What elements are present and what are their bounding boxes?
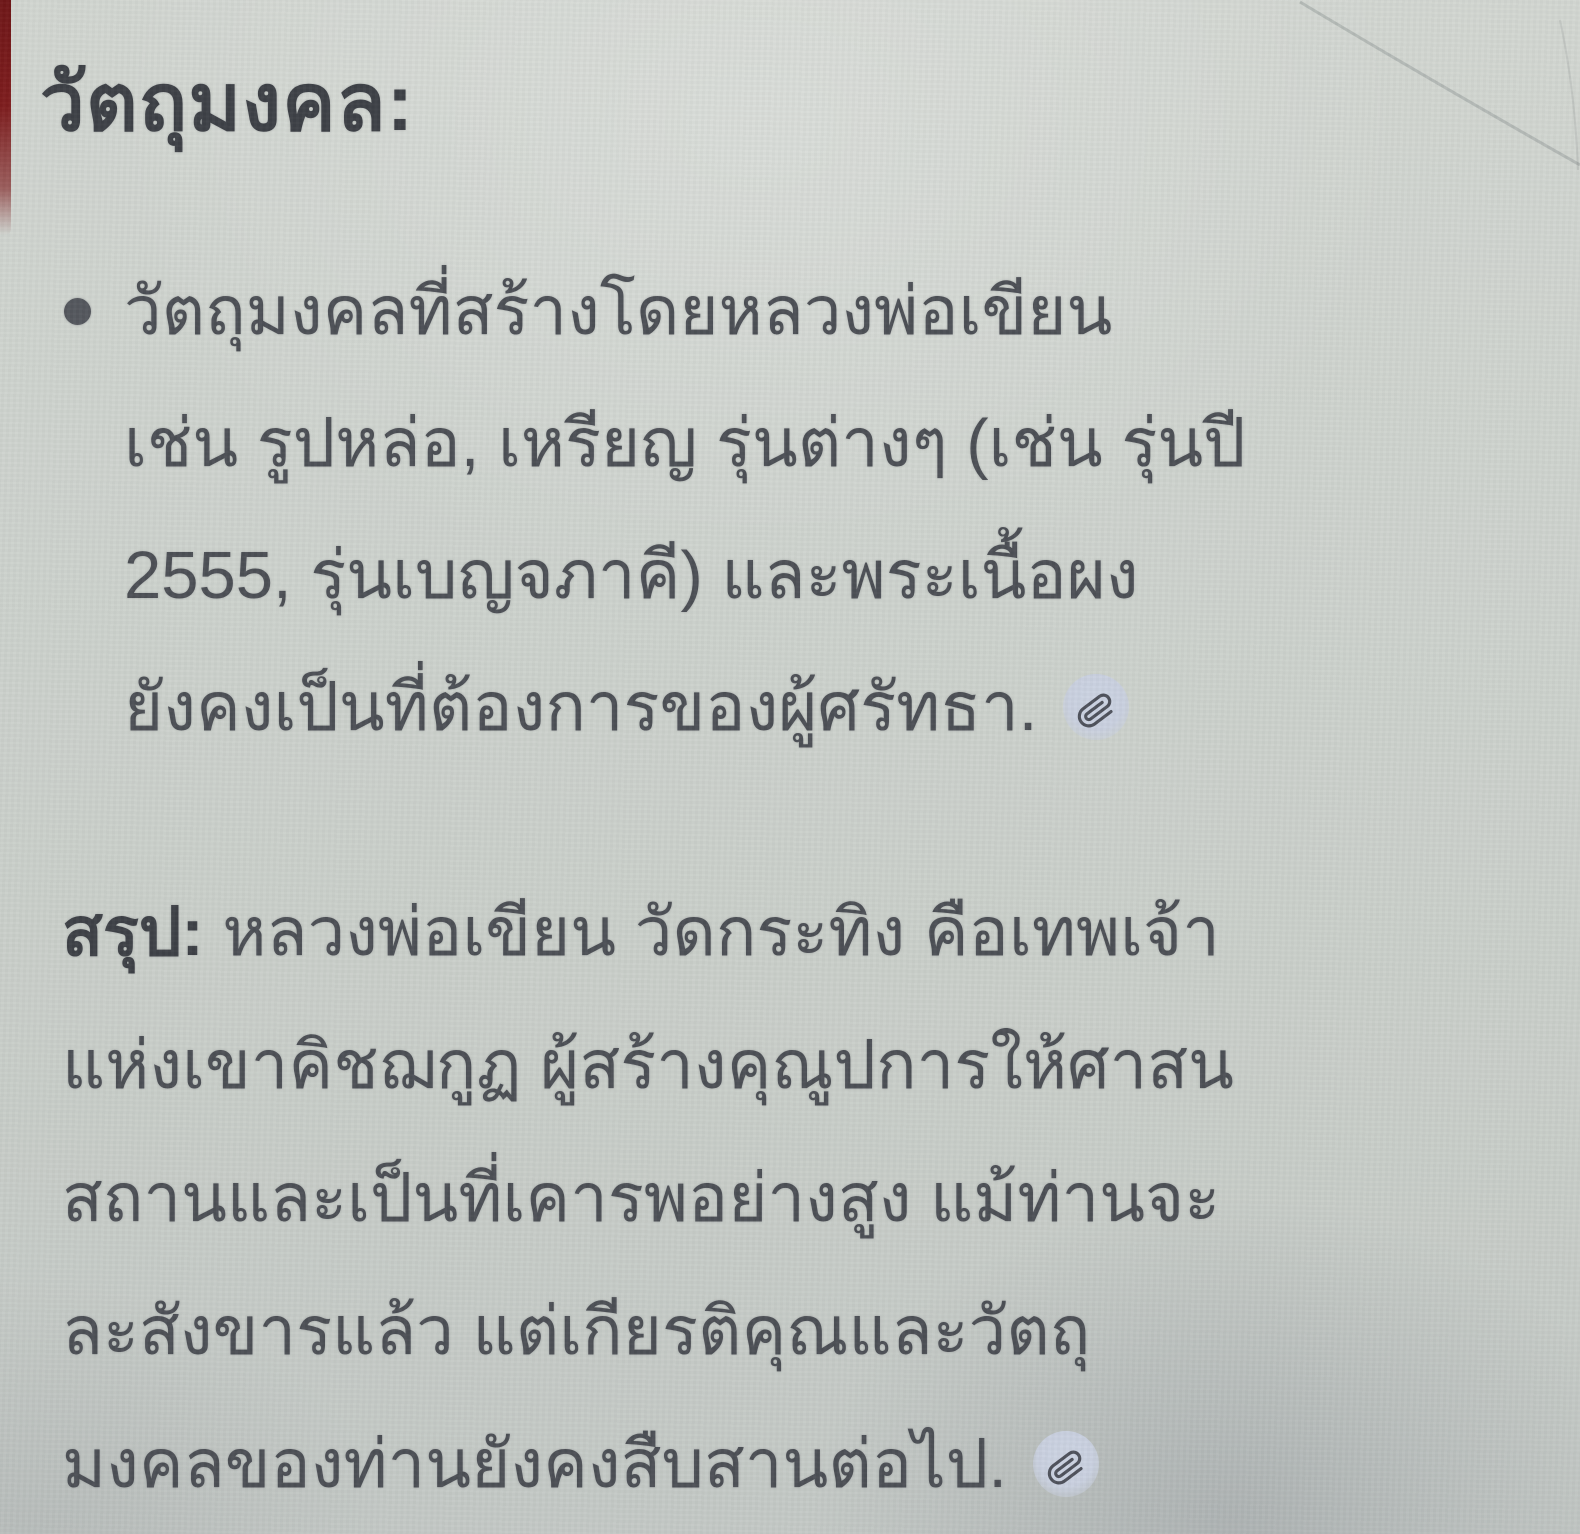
bullet-line: 2555, รุ่นเบญจภาคี) และพระเนื้อผง bbox=[124, 510, 1246, 642]
summary-paragraph: สรุป: หลวงพ่อเขียน วัดกระทิง คือเทพเจ้า … bbox=[62, 866, 1580, 1531]
paperclip-icon bbox=[1044, 1447, 1087, 1490]
bullet-text: วัตถุมงคลที่สร้างโดยหลวงพ่อเขียน เช่น รู… bbox=[124, 246, 1246, 774]
bullet-line: วัตถุมงคลที่สร้างโดยหลวงพ่อเขียน bbox=[124, 246, 1246, 378]
summary-line: สรุป: หลวงพ่อเขียน วัดกระทิง คือเทพเจ้า bbox=[62, 866, 1580, 999]
bullet-line: ยังคงเป็นที่ต้องการของผู้ศรัทธา. bbox=[124, 642, 1246, 774]
summary-line-text: หลวงพ่อเขียน วัดกระทิง คือเทพเจ้า bbox=[222, 895, 1220, 970]
paperclip-icon bbox=[1075, 690, 1118, 733]
citation-link-chip[interactable] bbox=[1063, 674, 1129, 740]
bullet-line: เช่น รูปหล่อ, เหรียญ รุ่นต่างๆ (เช่น รุ่… bbox=[124, 378, 1246, 510]
summary-line: มงคลของท่านยังคงสืบสานต่อไป. bbox=[62, 1398, 1580, 1531]
chat-response-text: วัตถุมงคล: วัตถุมงคลที่สร้างโดยหลวงพ่อเข… bbox=[0, 0, 1580, 1534]
summary-label: สรุป: bbox=[62, 895, 204, 970]
summary-line-text: มงคลของท่านยังคงสืบสานต่อไป. bbox=[62, 1427, 1007, 1502]
bullet-marker bbox=[52, 246, 124, 774]
summary-line: สถานและเป็นที่เคารพอย่างสูง แม้ท่านจะ bbox=[62, 1132, 1580, 1265]
section-heading: วัตถุมงคล: bbox=[40, 56, 1580, 150]
summary-line: แห่งเขาคิชฌกูฏ ผู้สร้างคุณูปการให้ศาสน bbox=[62, 999, 1580, 1132]
bullet-item: วัตถุมงคลที่สร้างโดยหลวงพ่อเขียน เช่น รู… bbox=[52, 246, 1580, 774]
bullet-dot-icon bbox=[64, 298, 91, 325]
bullet-line-text: ยังคงเป็นที่ต้องการของผู้ศรัทธา. bbox=[124, 670, 1037, 745]
photographed-chat-screen: วัตถุมงคล: วัตถุมงคลที่สร้างโดยหลวงพ่อเข… bbox=[0, 0, 1580, 1534]
citation-link-chip[interactable] bbox=[1033, 1431, 1099, 1497]
summary-line: ละสังขารแล้ว แต่เกียรติคุณและวัตถุ bbox=[62, 1265, 1580, 1398]
